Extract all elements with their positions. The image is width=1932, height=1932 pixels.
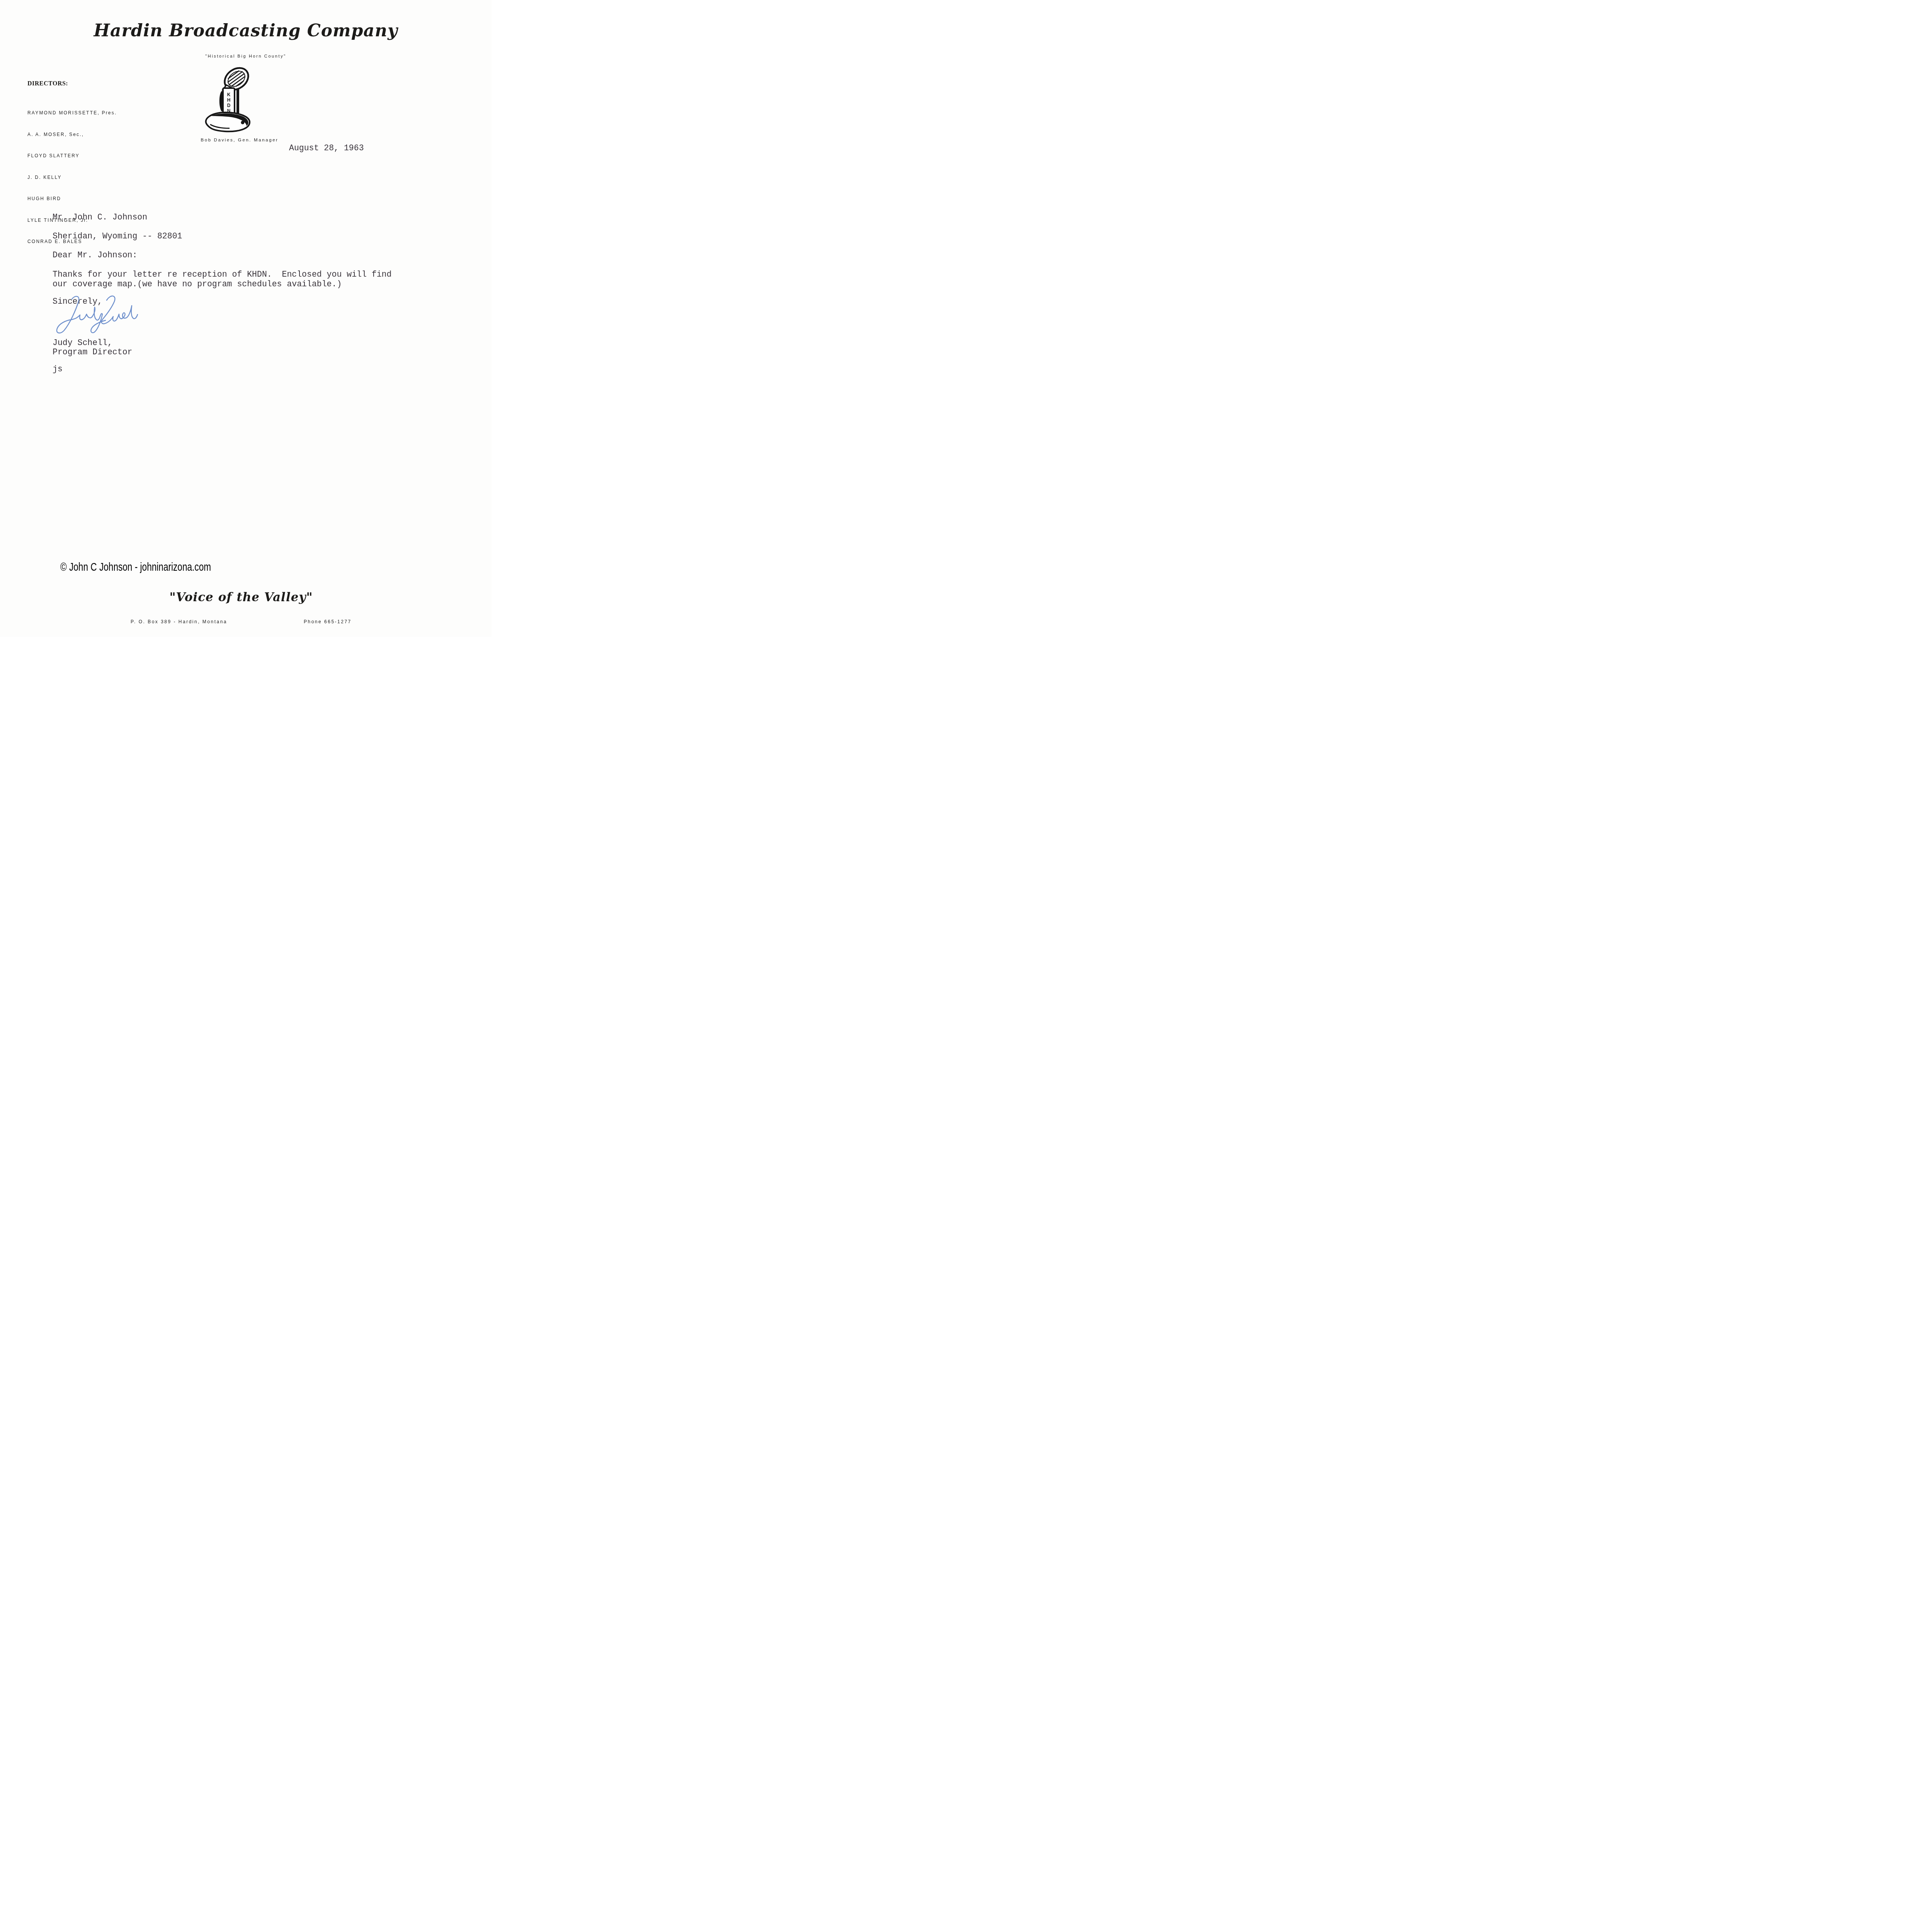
station-slogan: "Voice of the Valley" (0, 590, 487, 604)
recipient-address: Sheridan, Wyoming -- 82801 (53, 232, 182, 241)
watermark-copyright: © John C Johnson - johninarizona.com (60, 561, 211, 574)
khdn-microphone-logo-icon: K H D N (201, 66, 259, 137)
director-name: A. A. MOSER, Sec., (27, 131, 117, 138)
typed-sender-name: Judy Schell, (53, 338, 112, 348)
company-tagline: "Historical Big Horn County" (0, 54, 492, 59)
phone-number: Phone 665-1277 (304, 619, 352, 624)
call-letter: H (227, 97, 231, 103)
signature-stroke (57, 296, 138, 333)
mic-support-rod (236, 86, 239, 117)
mic-base-knob (241, 121, 245, 124)
recipient-name: Mr. John C. Johnson (53, 213, 147, 223)
director-name: J. D. KELLY (27, 174, 117, 181)
letter-date: August 28, 1963 (289, 144, 364, 153)
general-manager-line: Bob Davies, Gen. Manager (198, 138, 281, 143)
signature-judy-schell (49, 293, 138, 340)
po-box-address: P. O. Box 389 - Hardin, Montana (131, 619, 227, 624)
call-letter: K (227, 92, 231, 97)
company-name: Hardin Broadcasting Company (0, 21, 492, 41)
typed-sender-title: Program Director (53, 348, 132, 357)
directors-heading: DIRECTORS: (27, 80, 68, 87)
body-text-line: our coverage map.(we have no program sch… (53, 280, 342, 289)
typist-initials: js (53, 365, 63, 374)
mic-grip (219, 91, 223, 111)
body-text-line: Thanks for your letter re reception of K… (53, 270, 391, 280)
director-name: RAYMOND MORISSETTE, Pres. (27, 109, 117, 117)
director-name: FLOYD SLATTERY (27, 152, 117, 160)
call-letter: D (227, 103, 231, 108)
salutation: Dear Mr. Johnson: (53, 251, 137, 260)
scanned-letter-page: Hardin Broadcasting Company "Historical … (0, 0, 492, 637)
director-name: HUGH BIRD (27, 195, 117, 202)
